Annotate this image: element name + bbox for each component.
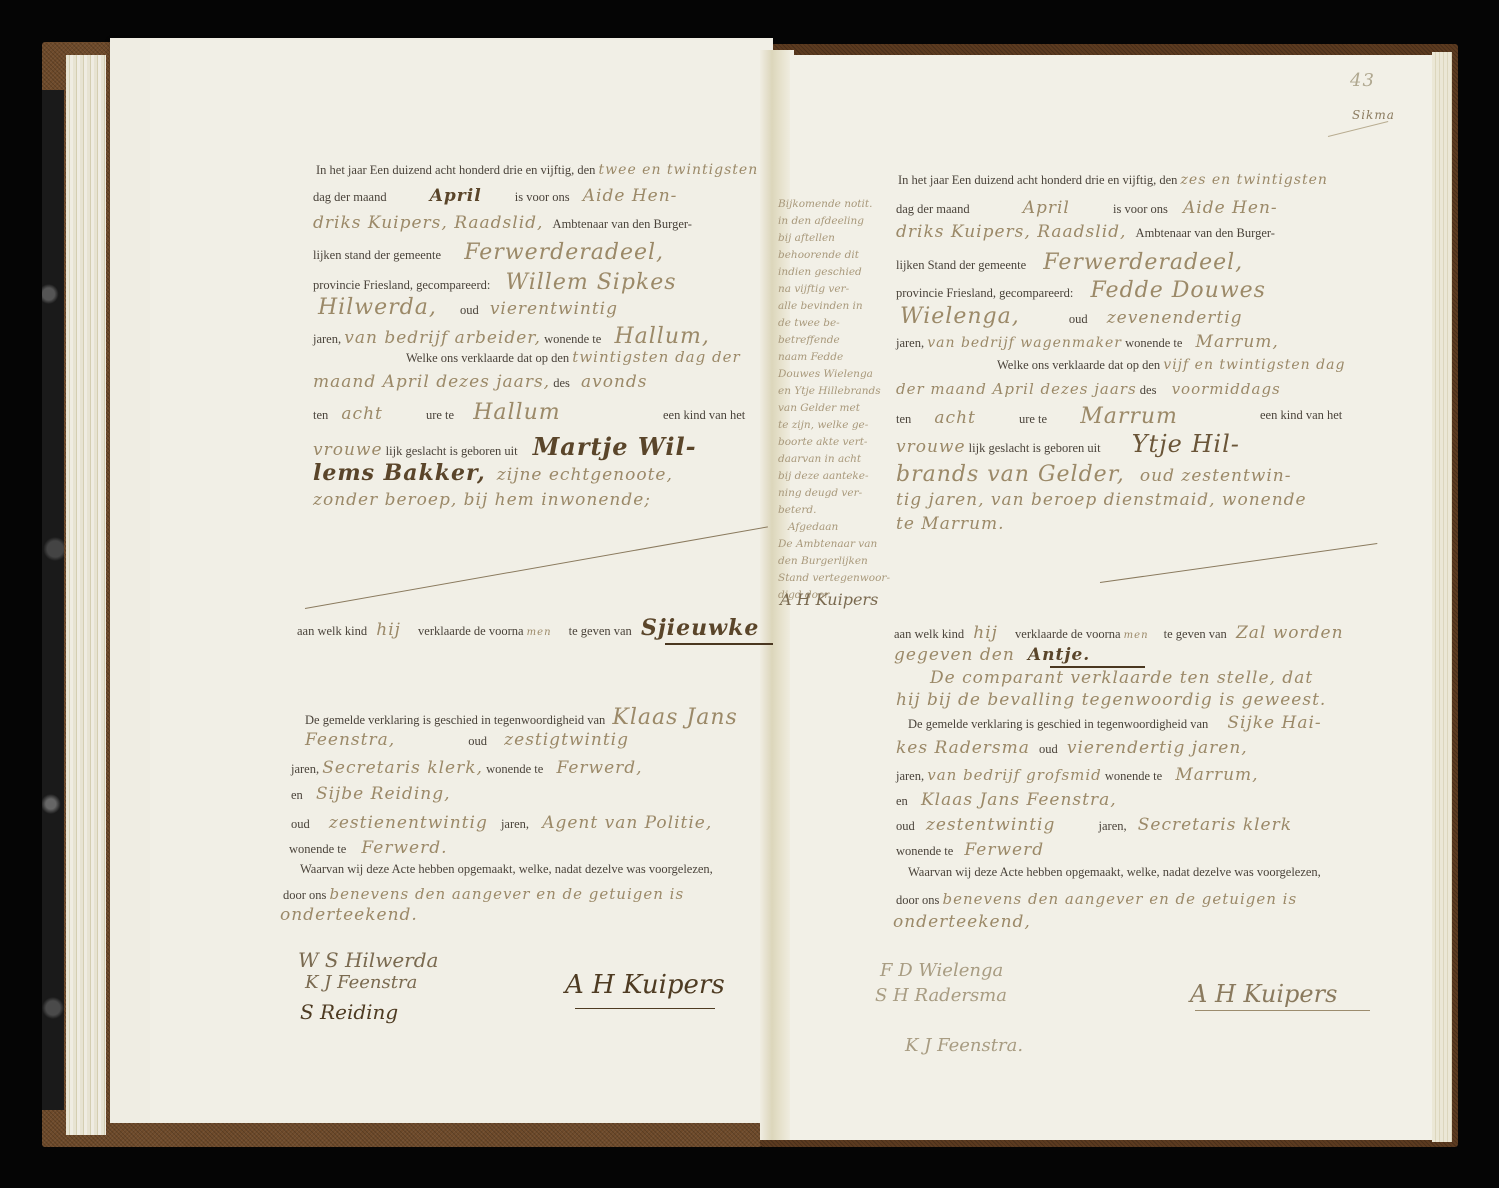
left-witness-3: jaren, Secretaris klerk, wonende te Ferw… [291,758,643,778]
right-closing-2: door ons benevens den aangever en de get… [896,890,1297,908]
right-line-16: gegeven den Antje. [894,645,1090,665]
right-witness-4: en Klaas Jans Feenstra, [896,790,1117,810]
right-line-11: vrouwe lijk geslacht is geboren uit Ytje… [896,430,1240,458]
page-header-note: Sikma [1352,108,1395,122]
left-witness-2: Feenstra, oud zestigtwintig [305,730,629,750]
right-line-5: provincie Friesland, gecompareerd: Fedde… [896,278,1266,303]
left-witness-5: oud zestienentwintig jaren, Agent van Po… [291,813,712,833]
right-witness-5: oud zestentwintig jaren, Secretaris kler… [896,815,1292,835]
left-line-9: maand April dezes jaars, des avonds [313,372,648,392]
right-witness-2: kes Radersma oud vierendertig jaren, [896,738,1248,758]
right-line-17: De comparant verklaarde ten stelle, dat [930,668,1313,688]
left-closing-3: onderteekend. [280,905,418,925]
right-line-13: tig jaren, van beroep dienstmaid, wonend… [896,490,1307,510]
right-witness-3: jaren, van bedrijf grofsmid wonende te M… [896,765,1259,785]
left-line-13: zonder beroep, bij hem inwonende; [313,490,651,510]
left-line-1: In het jaar Een duizend acht honderd dri… [316,162,758,178]
left-line-10: ten acht ure te Hallum een kind van het [313,400,773,425]
left-witness-6: wonende te Ferwerd. [289,838,447,858]
right-line-6: Wielenga, oud zevenendertig [900,304,1243,329]
margin-annotation: Bijkomende notit. in den afdeeling bij a… [778,196,890,604]
left-line-8: Welke ons verklaarde dat op den twintigs… [406,348,741,366]
right-line-1: In het jaar Een duizend acht honderd dri… [898,172,1328,188]
right-witness-1: De gemelde verklaring is geschied in teg… [908,713,1322,733]
right-line-10: ten acht ure te Marrum een kind van het [896,404,1366,429]
official-signature-underline [1195,1010,1370,1011]
right-closing-3: onderteekend, [893,912,1031,932]
left-line-12: lems Bakker, zijne echtgenoote, [313,460,673,486]
right-closing-1: Waarvan wij deze Acte hebben opgemaakt, … [908,865,1321,880]
left-line-5: provincie Friesland, gecompareerd: Wille… [313,270,677,295]
right-line-15: aan welk kind hij verklaarde de voorna m… [894,623,1344,643]
right-line-18: hij bij de bevalling tegenwoordig is gew… [896,690,1326,710]
right-line-9: der maand April dezes jaars des voormidd… [896,380,1281,398]
left-closing-1: Waarvan wij deze Acte hebben opgemaakt, … [300,862,713,877]
right-line-12: brands van Gelder, oud zestentwin- [896,462,1292,487]
signature-witness-1: K J Feenstra [305,972,417,993]
right-page-stack-edges [1432,52,1452,1142]
signature-witness-2: K J Feenstra. [905,1035,1023,1056]
signature-father: W S Hilwerda [298,948,438,972]
left-line-6: Hilwerda, oud vierentwintig [318,295,618,320]
page-number: 43 [1350,70,1375,91]
right-line-8: Welke ons verklaarde dat op den vijf en … [997,357,1345,373]
right-line-7: jaren, van bedrijf wagenmaker wonende te… [896,332,1279,352]
marbled-endpaper [42,90,64,1110]
signature-witness-2: S Reiding [300,1000,398,1024]
left-line-2: dag der maand April is voor ons Aide Hen… [313,186,677,206]
right-line-14: te Marrum. [896,514,1005,534]
name-underline [665,643,773,645]
right-line-4: lijken Stand der gemeente Ferwerderadeel… [896,250,1243,275]
left-witness-4: en Sijbe Reiding, [291,784,451,804]
left-line-7: jaren, van bedrijf arbeider, wonende te … [313,324,710,349]
left-witness-1: De gemelde verklaring is geschied in teg… [305,705,738,730]
left-line-4: lijken stand der gemeente Ferwerderadeel… [313,240,664,265]
page-stack-edges [66,55,106,1135]
right-line-2: dag der maand April is voor ons Aide Hen… [896,198,1278,218]
right-witness-6: wonende te Ferwerd [896,840,1044,860]
signature-witness-1: S H Radersma [875,985,1007,1006]
left-line-11: vrouwe lijk geslacht is geboren uit Mart… [313,432,697,461]
left-closing-2: door ons benevens den aangever en de get… [283,885,684,903]
left-line-14: aan welk kind hij verklaarde de voorna m… [297,615,759,641]
signature-official: A H Kuipers [1190,980,1337,1008]
left-line-3: driks Kuipers, Raadslid, Ambtenaar van d… [313,213,692,233]
margin-signature: A H Kuipers [780,590,878,609]
signature-father: F D Wielenga [880,960,1003,981]
signature-official: A H Kuipers [565,970,725,1000]
official-signature-underline [575,1008,715,1009]
right-line-3: driks Kuipers, Raadslid, Ambtenaar van d… [896,222,1275,242]
